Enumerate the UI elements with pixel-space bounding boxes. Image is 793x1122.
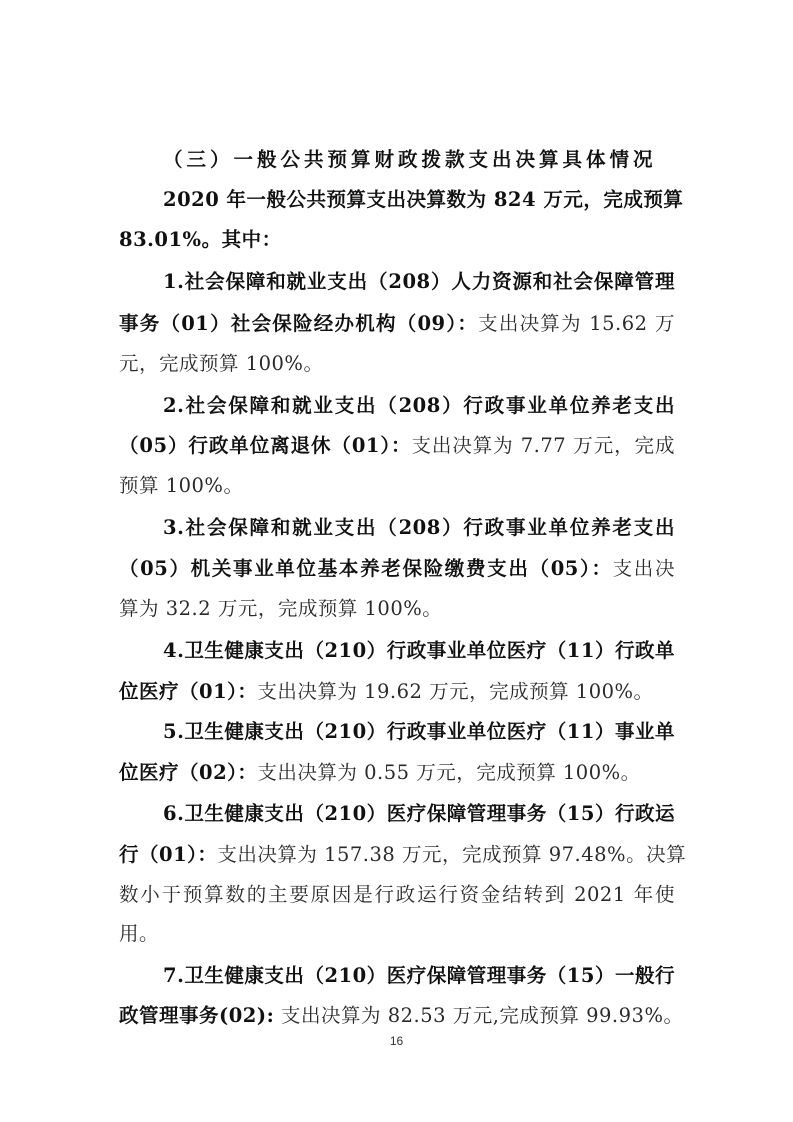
item-6-line-3: 数小于预算数的主要原因是行政运行资金结转到 2021 年使 xyxy=(119,881,675,909)
item-7-line-1: 7.卫生健康支出（210）医疗保障管理事务（15）一般行 xyxy=(163,962,675,990)
document-page: （三）一般公共预算财政拨款支出决算具体情况 2020 年一般公共预算支出决算数为… xyxy=(0,0,793,1122)
item-5-amount-text: 支出决算为 0.55 万元，完成预算 100%。 xyxy=(257,761,640,784)
item-6-line-4: 用。 xyxy=(119,920,675,948)
item-3-amount-text: 支出决 xyxy=(613,557,675,580)
item-4-amount-text: 支出决算为 19.62 万元，完成预算 100%。 xyxy=(257,680,653,703)
item-2-line-3: 预算 100%。 xyxy=(119,472,675,500)
item-1-line-1: 1.社会保障和就业支出（208）人力资源和社会保障管理 xyxy=(163,268,675,296)
item-6-line-2: 行（01）：支出决算为 157.38 万元，完成预算 97.48%。决算 xyxy=(119,841,675,869)
item-2-line-1: 2.社会保障和就业支出（208）行政事业单位养老支出 xyxy=(163,392,675,420)
item-2-title-cont: （05）行政单位离退休（01）： xyxy=(119,434,411,457)
item-6-title-cont: 行（01）： xyxy=(119,843,217,866)
item-7-title-cont: 政管理事务(02): xyxy=(119,1004,274,1027)
item-5-title-cont: 位医疗（02）： xyxy=(119,761,257,784)
item-6-line-1: 6.卫生健康支出（210）医疗保障管理事务（15）行政运 xyxy=(163,800,675,828)
item-3-line-1: 3.社会保障和就业支出（208）行政事业单位养老支出 xyxy=(163,514,675,542)
summary-line-1: 2020 年一般公共预算支出决算数为 824 万元，完成预算 xyxy=(163,186,675,214)
item-1-line-3: 元，完成预算 100%。 xyxy=(119,350,675,378)
item-7-amount-text: 支出决算为 82.53 万元,完成预算 99.93%。 xyxy=(274,1004,683,1027)
item-7-line-2: 政管理事务(02): 支出决算为 82.53 万元,完成预算 99.93%。 xyxy=(119,1002,675,1030)
item-4-title-cont: 位医疗（01）： xyxy=(119,680,257,703)
item-2-line-2: （05）行政单位离退休（01）：支出决算为 7.77 万元，完成 xyxy=(119,432,675,460)
item-3-title-cont: （05）机关事业单位基本养老保险缴费支出（05）： xyxy=(119,557,613,580)
item-1-amount-text: 支出决算为 15.62 万 xyxy=(478,312,675,335)
item-1-title-cont: 事务（01）社会保险经办机构（09）： xyxy=(119,312,478,335)
section-heading: （三）一般公共预算财政拨款支出决算具体情况 xyxy=(163,146,653,174)
item-4-line-2: 位医疗（01）：支出决算为 19.62 万元，完成预算 100%。 xyxy=(119,678,675,706)
item-3-line-3: 算为 32.2 万元，完成预算 100%。 xyxy=(119,595,675,623)
item-4-line-1: 4.卫生健康支出（210）行政事业单位医疗（11）行政单 xyxy=(163,637,675,665)
item-5-line-2: 位医疗（02）：支出决算为 0.55 万元，完成预算 100%。 xyxy=(119,759,675,787)
item-5-line-1: 5.卫生健康支出（210）行政事业单位医疗（11）事业单 xyxy=(163,718,675,746)
item-1-line-2: 事务（01）社会保险经办机构（09）：支出决算为 15.62 万 xyxy=(119,310,675,338)
summary-line-2: 83.01%。其中： xyxy=(119,226,675,254)
item-3-line-2: （05）机关事业单位基本养老保险缴费支出（05）：支出决 xyxy=(119,555,675,583)
item-6-amount-text: 支出决算为 157.38 万元，完成预算 97.48%。决算 xyxy=(217,843,686,866)
page-number: 16 xyxy=(0,1034,793,1048)
item-2-amount-text: 支出决算为 7.77 万元，完成 xyxy=(411,434,675,457)
